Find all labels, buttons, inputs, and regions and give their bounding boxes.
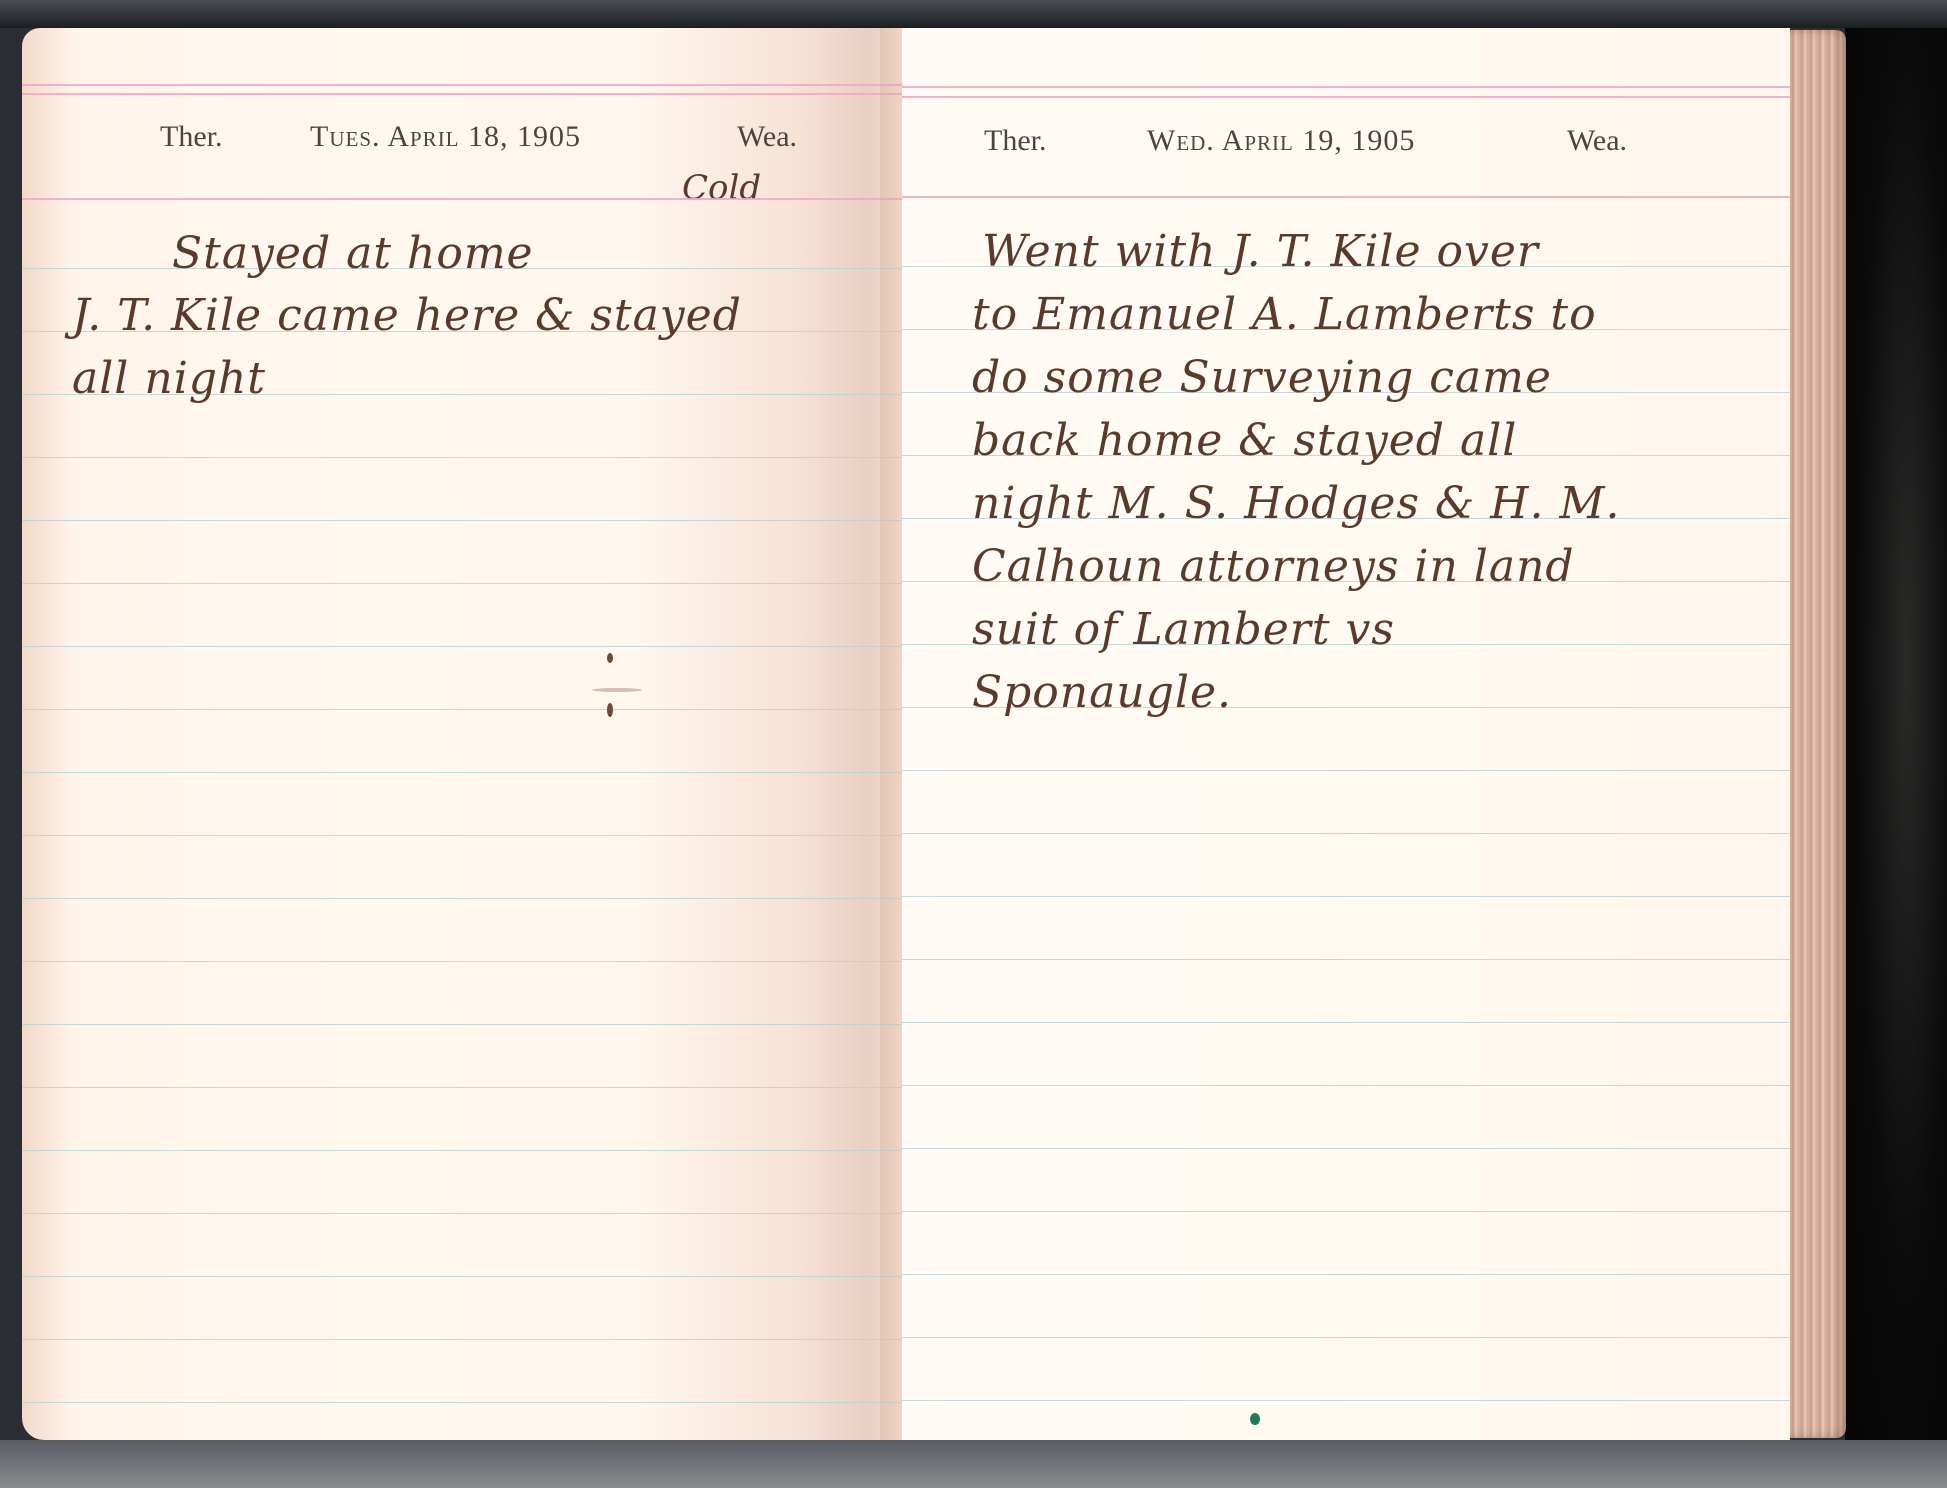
wea-label: Wea. (737, 120, 797, 154)
entry-line: J. T. Kile came here & stayed (72, 290, 742, 341)
scanner-bottom-band (0, 1440, 1947, 1488)
page-header: Ther. Wed. April 19, 1905 Wea. (902, 124, 1790, 174)
entry-line: suit of Lambert vs (972, 604, 1395, 655)
ruled-line (22, 520, 902, 521)
diary-page-left: Ther. Tues. April 18, 1905 Wea. Cold Sta… (22, 28, 902, 1440)
ruled-line (902, 770, 1790, 771)
ink-blot (607, 703, 613, 717)
ruled-line (22, 835, 902, 836)
ruled-line (902, 833, 1790, 834)
entry-line: Calhoun attorneys in land (972, 541, 1575, 592)
date-heading: Tues. April 18, 1905 (310, 120, 581, 154)
weather-note: Cold (682, 168, 761, 208)
pink-double-rule-top (902, 86, 1790, 88)
pink-header-rule (22, 198, 902, 200)
entry-line: back home & stayed all (972, 415, 1517, 466)
ruled-line (22, 1402, 902, 1403)
ruled-line (902, 1211, 1790, 1212)
ther-label: Ther. (160, 120, 222, 154)
ruled-line (22, 1150, 902, 1151)
date-heading: Wed. April 19, 1905 (1147, 124, 1415, 158)
ther-label: Ther. (984, 124, 1046, 158)
ruled-line (902, 1274, 1790, 1275)
ruled-line (902, 1148, 1790, 1149)
scanner-top-band (0, 0, 1947, 28)
ruled-line (22, 583, 902, 584)
ruled-line (22, 1024, 902, 1025)
ruled-line (22, 961, 902, 962)
ruled-line (902, 1022, 1790, 1023)
entry-line: to Emanuel A. Lamberts to (972, 289, 1597, 340)
pink-header-rule (902, 196, 1790, 198)
ruled-line (22, 898, 902, 899)
ruled-line (902, 1085, 1790, 1086)
ruled-line (22, 772, 902, 773)
entry-line: Went with J. T. Kile over (982, 226, 1539, 277)
entry-line: do some Surveying came (972, 352, 1552, 403)
pink-double-rule-bottom (902, 96, 1790, 98)
wea-label: Wea. (1567, 124, 1627, 158)
ruled-line (902, 1337, 1790, 1338)
ruled-line (22, 646, 902, 647)
scan-bottom-margin (0, 1488, 1947, 1500)
green-ink-spot (1250, 1413, 1260, 1425)
diary-page-right: Ther. Wed. April 19, 1905 Wea. Went with… (902, 28, 1790, 1440)
book-page-edges (1790, 30, 1846, 1438)
page-header: Ther. Tues. April 18, 1905 Wea. (22, 120, 902, 170)
ruled-line (22, 457, 902, 458)
entry-line: Stayed at home (172, 228, 534, 279)
entry-line: night M. S. Hodges & H. M. (972, 478, 1621, 529)
ruled-line (22, 709, 902, 710)
entry-line: all night (72, 353, 266, 404)
ruled-line (22, 1276, 902, 1277)
pink-double-rule-bottom (22, 93, 902, 95)
entry-line: Sponaugle. (972, 667, 1232, 718)
ruled-line (902, 1400, 1790, 1401)
ruled-line (22, 1339, 902, 1340)
ruled-line (902, 959, 1790, 960)
ink-blot (607, 653, 613, 663)
ruled-line (22, 1087, 902, 1088)
faint-mark (592, 688, 642, 692)
pink-double-rule-top (22, 84, 902, 86)
book-cover-dark-area (1845, 28, 1947, 1440)
ruled-line (902, 896, 1790, 897)
ruled-line (22, 1213, 902, 1214)
